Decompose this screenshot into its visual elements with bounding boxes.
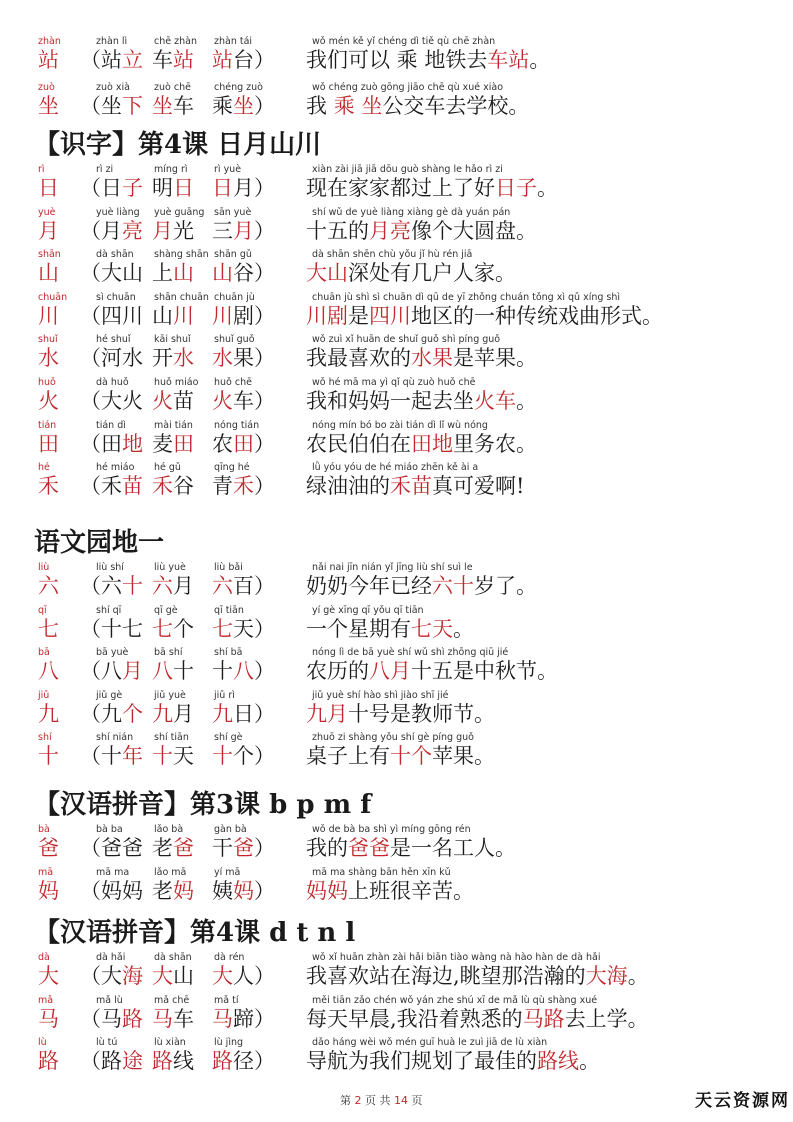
vocab-row: rì日rì zi（日子míng rì明日rì yuè日月）xiàn zài ji… [0, 164, 793, 208]
vocab-row: hé禾hé miáo（禾苗hé gǔ禾谷qīng hé青禾）lǜ yóu yóu… [0, 462, 793, 506]
hanzi: 个 [233, 744, 254, 768]
word-hanzi: 九月 [152, 701, 194, 727]
hanzi: 麦 [152, 432, 173, 456]
bracket: （ [80, 219, 101, 243]
hanzi: 老 [152, 879, 173, 903]
footer-suffix: 页 [412, 1094, 423, 1107]
main-character-pinyin: shí [38, 732, 52, 743]
word-pinyin: shí tiān [154, 732, 189, 743]
word-pinyin: chuān jù [214, 292, 255, 303]
sentence-hanzi: 一个星期有七天。 [306, 616, 474, 642]
word-pinyin: chē zhàn [154, 36, 197, 47]
hanzi: 果 [233, 346, 254, 370]
hanzi: 四 [101, 304, 122, 328]
hanzi: 六 [101, 574, 122, 598]
word-pinyin: dà huǒ [96, 377, 129, 388]
bracket: （ [80, 389, 101, 413]
word-pinyin: liù shí [96, 562, 124, 573]
main-character-pinyin: mǎ [38, 995, 53, 1006]
vocab-row: tián田tián dì（田地mài tián麦田nóng tián农田）nón… [0, 420, 793, 464]
hanzi: 马 [212, 1007, 233, 1031]
highlighted-word: 日子 [495, 176, 537, 200]
highlighted-word: 九月 [306, 702, 348, 726]
bracket: （ [80, 964, 101, 988]
section-heading: 【汉语拼音】第3课 b p m f [34, 784, 371, 821]
sentence-hanzi: 绿油油的禾苗真可爱啊! [306, 473, 524, 499]
main-character-pinyin: shān [38, 249, 61, 260]
hanzi: 大 [152, 964, 173, 988]
hanzi: 天 [233, 617, 254, 641]
main-character-pinyin: yuè [38, 207, 56, 218]
main-character-hanzi: 八 [38, 658, 59, 684]
sentence-pinyin: jiǔ yuè shí hào shì jiào shī jié [312, 690, 448, 701]
hanzi: 火 [212, 389, 233, 413]
sentence-text: 。 [579, 1049, 600, 1073]
hanzi: 水 [122, 346, 143, 370]
footer-prefix: 第 [340, 1094, 351, 1107]
word-hanzi: 山谷） [212, 260, 275, 286]
main-character-pinyin: zhàn [38, 36, 61, 47]
word-pinyin: hé gǔ [154, 462, 181, 473]
hanzi: 月 [233, 219, 254, 243]
hanzi: 七 [212, 617, 233, 641]
word-hanzi: 明日 [152, 175, 194, 201]
word-pinyin: shí bā [214, 647, 242, 658]
hanzi: 大 [101, 964, 122, 988]
hanzi: 大 [212, 964, 233, 988]
word-hanzi: 大人） [212, 963, 275, 989]
word-hanzi: 开水 [152, 345, 194, 371]
bracket: （ [80, 879, 101, 903]
main-character-pinyin: dà [38, 952, 50, 963]
hanzi: 路 [212, 1049, 233, 1073]
vocab-row: liù六liù shí（六十liù yuè六月liù bǎi六百）nǎi nai… [0, 562, 793, 606]
hanzi: 车 [152, 48, 173, 72]
hanzi: 田 [173, 432, 194, 456]
word-pinyin: gàn bà [214, 824, 247, 835]
main-character-hanzi: 站 [38, 47, 59, 73]
hanzi: 十 [173, 659, 194, 683]
word-hanzi: 川剧） [212, 303, 275, 329]
word-hanzi: 十天 [152, 743, 194, 769]
worksheet-page: zhàn站zhàn lì（站立chē zhàn车站zhàn tái站台）wǒ m… [0, 0, 793, 1122]
hanzi: 十 [212, 659, 233, 683]
sentence-text: 每天早晨,我沿着熟悉的 [306, 1007, 523, 1031]
vocab-row: jiǔ九jiǔ gè（九个jiǔ yuè九月jiǔ rì九日）jiǔ yuè s… [0, 690, 793, 734]
word-pinyin: shí gè [214, 732, 243, 743]
word-pinyin: shuǐ guǒ [214, 334, 255, 345]
main-character-hanzi: 川 [38, 303, 59, 329]
bracket: ） [254, 389, 275, 413]
bracket: ） [254, 219, 275, 243]
sentence-text: 。 [537, 176, 558, 200]
sentence-hanzi: 十五的月亮像个大圆盘。 [306, 218, 537, 244]
bracket: ） [254, 176, 275, 200]
bracket: ） [254, 617, 275, 641]
word-hanzi: 十八） [212, 658, 275, 684]
main-character-pinyin: lù [38, 1037, 47, 1048]
hanzi: 七 [152, 617, 173, 641]
highlighted-word: 十个 [390, 744, 432, 768]
word-hanzi: 干爸） [212, 835, 275, 861]
hanzi: 地 [122, 432, 143, 456]
main-character-hanzi: 山 [38, 260, 59, 286]
word-hanzi: 六百） [212, 573, 275, 599]
word-pinyin: shàng shān [154, 249, 209, 260]
word-hanzi: 水果） [212, 345, 275, 371]
word-hanzi: 马车 [152, 1006, 194, 1032]
word-hanzi: （八月 [80, 658, 143, 684]
word-hanzi: 姨妈） [212, 878, 275, 904]
main-character-pinyin: bā [38, 647, 50, 658]
sentence-hanzi: 大山深处有几户人家。 [306, 260, 516, 286]
sentence-hanzi: 我们可以 乘 地铁去车站。 [306, 47, 550, 73]
hanzi: 禾 [233, 474, 254, 498]
word-hanzi: 马蹄） [212, 1006, 275, 1032]
section-heading: 【汉语拼音】第4课 d t n l [34, 912, 355, 949]
word-pinyin: lù tú [96, 1037, 117, 1048]
hanzi: 乘 [212, 94, 233, 118]
sentence-pinyin: nóng lì de bā yuè shí wǔ shì zhōng qiū j… [312, 647, 508, 658]
word-hanzi: （妈妈 [80, 878, 143, 904]
word-pinyin: míng rì [154, 164, 188, 175]
hanzi: 路 [101, 1049, 122, 1073]
hanzi: 十 [101, 744, 122, 768]
hanzi: 下 [122, 94, 143, 118]
word-pinyin: sì chuān [96, 292, 136, 303]
word-hanzi: 六月 [152, 573, 194, 599]
word-hanzi: 七个 [152, 616, 194, 642]
hanzi: 谷 [233, 261, 254, 285]
bracket: ） [254, 659, 275, 683]
word-pinyin: qīng hé [214, 462, 250, 473]
sentence-text: 我们可以 乘 地铁去 [306, 48, 487, 72]
word-hanzi: （河水 [80, 345, 143, 371]
hanzi: 人 [233, 964, 254, 988]
bracket: （ [80, 304, 101, 328]
vocab-row: mā妈mā ma（妈妈lǎo mā老妈yí mā姨妈）mā ma shàng b… [0, 867, 793, 911]
vocab-row: zhàn站zhàn lì（站立chē zhàn车站zhàn tái站台）wǒ m… [0, 36, 793, 80]
highlighted-word: 大山 [306, 261, 348, 285]
sentence-text: 公交车去学校。 [382, 94, 529, 118]
hanzi: 个 [173, 617, 194, 641]
main-character-pinyin: mā [38, 867, 53, 878]
hanzi: 苗 [122, 474, 143, 498]
hanzi: 水 [173, 346, 194, 370]
word-pinyin: sān yuè [214, 207, 251, 218]
highlighted-word: 大海 [586, 964, 628, 988]
vocab-row: huǒ火dà huǒ（大火huǒ miáo火苗huǒ chē火车）wǒ hé m… [0, 377, 793, 421]
hanzi: 剧 [233, 304, 254, 328]
highlighted-word: 火车 [474, 389, 516, 413]
word-hanzi: 火车） [212, 388, 275, 414]
main-character-pinyin: hé [38, 462, 50, 473]
highlighted-word: 禾苗 [390, 474, 432, 498]
word-pinyin: zuò xià [96, 82, 130, 93]
word-pinyin: qī gè [154, 605, 178, 616]
word-hanzi: （大火 [80, 388, 143, 414]
word-hanzi: 路径） [212, 1048, 275, 1074]
hanzi: 明 [152, 176, 173, 200]
word-hanzi: 上山 [152, 260, 194, 286]
highlighted-word: 四川 [369, 304, 411, 328]
hanzi: 月 [122, 659, 143, 683]
hanzi: 十 [152, 744, 173, 768]
hanzi: 坐 [233, 94, 254, 118]
sentence-hanzi: 农历的八月十五是中秋节。 [306, 658, 558, 684]
word-pinyin: mài tián [154, 420, 193, 431]
hanzi: 田 [101, 432, 122, 456]
bracket: （ [80, 346, 101, 370]
hanzi: 马 [152, 1007, 173, 1031]
main-character-pinyin: zuò [38, 82, 55, 93]
word-hanzi: 火苗 [152, 388, 194, 414]
bracket: ） [254, 474, 275, 498]
bracket: （ [80, 432, 101, 456]
main-character-hanzi: 六 [38, 573, 59, 599]
word-pinyin: dà shān [96, 249, 134, 260]
sentence-pinyin: wǒ de bà ba shì yì míng gōng rén [312, 824, 471, 835]
bracket: （ [80, 474, 101, 498]
hanzi: 川 [122, 304, 143, 328]
vocab-row: yuè月yuè liàng（月亮yuè guāng月光sān yuè三月）shí… [0, 207, 793, 251]
sentence-pinyin: měi tiān zǎo chén wǒ yán zhe shú xī de m… [312, 995, 597, 1006]
hanzi: 八 [101, 659, 122, 683]
word-hanzi: 老妈 [152, 878, 194, 904]
main-character-hanzi: 马 [38, 1006, 59, 1032]
sentence-text: 。 [453, 617, 474, 641]
word-pinyin: yuè guāng [154, 207, 204, 218]
word-hanzi: 车站 [152, 47, 194, 73]
word-pinyin: mā ma [96, 867, 129, 878]
sentence-text: 十五的 [306, 219, 369, 243]
hanzi: 车 [173, 1007, 194, 1031]
bracket: ） [254, 432, 275, 456]
bracket: （ [80, 659, 101, 683]
word-hanzi: 山川 [152, 303, 194, 329]
word-hanzi: 十个） [212, 743, 275, 769]
word-hanzi: 三月） [212, 218, 275, 244]
hanzi: 日 [233, 702, 254, 726]
vocab-row: dà大dà hǎi（大海dà shān大山dà rén大人）wǒ xǐ huān… [0, 952, 793, 996]
sentence-pinyin: wǒ hé mā ma yì qǐ qù zuò huǒ chē [312, 377, 476, 388]
hanzi: 九 [101, 702, 122, 726]
bracket: （ [80, 836, 101, 860]
hanzi: 月 [233, 176, 254, 200]
sentence-hanzi: 九月十号是教师节。 [306, 701, 495, 727]
word-hanzi: （十七 [80, 616, 143, 642]
word-hanzi: （日子 [80, 175, 143, 201]
main-character-hanzi: 九 [38, 701, 59, 727]
bracket: ） [254, 94, 275, 118]
hanzi: 年 [122, 744, 143, 768]
hanzi: 六 [212, 574, 233, 598]
word-pinyin: yuè liàng [96, 207, 140, 218]
hanzi: 上 [152, 261, 173, 285]
sentence-hanzi: 我 乘 坐公交车去学校。 [306, 93, 529, 119]
hanzi: 青 [212, 474, 233, 498]
main-character-hanzi: 火 [38, 388, 59, 414]
sentence-pinyin: lǜ yóu yóu de hé miáo zhēn kě ài a [312, 462, 478, 473]
word-pinyin: zhàn lì [96, 36, 127, 47]
sentence-text: 是 [348, 304, 369, 328]
word-pinyin: liù yuè [154, 562, 186, 573]
hanzi: 老 [152, 836, 173, 860]
sentence-hanzi: 桌子上有十个苹果。 [306, 743, 495, 769]
watermark-brand: 天云资源网 [695, 1086, 790, 1111]
sentence-text: 现在家家都过上了好 [306, 176, 495, 200]
vocab-row: shān山dà shān（大山shàng shān上山shān gǔ山谷）dà … [0, 249, 793, 293]
bracket: ） [254, 574, 275, 598]
hanzi: 亮 [122, 219, 143, 243]
hanzi: 日 [212, 176, 233, 200]
hanzi: 妈 [122, 879, 143, 903]
highlighted-word: 车站 [487, 48, 529, 72]
sentence-text: 我喜欢站在海边,眺望那浩瀚的 [306, 964, 586, 988]
hanzi: 子 [122, 176, 143, 200]
word-pinyin: lǎo bà [154, 824, 183, 835]
sentence-hanzi: 每天早晨,我沿着熟悉的马路去上学。 [306, 1006, 649, 1032]
word-hanzi: 八十 [152, 658, 194, 684]
hanzi: 月 [101, 219, 122, 243]
word-hanzi: 乘坐） [212, 93, 275, 119]
hanzi: 七 [122, 617, 143, 641]
bracket: （ [80, 744, 101, 768]
main-character-hanzi: 路 [38, 1048, 59, 1074]
hanzi: 山 [212, 261, 233, 285]
sentence-text: 绿油油的 [306, 474, 390, 498]
main-character-pinyin: tián [38, 420, 56, 431]
word-pinyin: rì yuè [214, 164, 241, 175]
word-pinyin: zhàn tái [214, 36, 252, 47]
hanzi: 站 [212, 48, 233, 72]
hanzi: 车 [233, 389, 254, 413]
bracket: ） [254, 261, 275, 285]
hanzi: 三 [212, 219, 233, 243]
word-hanzi: （爸爸 [80, 835, 143, 861]
sentence-hanzi: 妈妈上班很辛苦。 [306, 878, 474, 904]
sentence-text: 上班很辛苦。 [348, 879, 474, 903]
sentence-text: 十号是教师节。 [348, 702, 495, 726]
hanzi: 车 [173, 94, 194, 118]
highlighted-word: 七天 [411, 617, 453, 641]
word-hanzi: 日月） [212, 175, 275, 201]
footer-middle: 页 共 [365, 1094, 391, 1107]
hanzi: 苗 [173, 389, 194, 413]
hanzi: 田 [233, 432, 254, 456]
word-pinyin: yí mā [214, 867, 240, 878]
hanzi: 川 [173, 304, 194, 328]
hanzi: 站 [173, 48, 194, 72]
hanzi: 十 [101, 617, 122, 641]
word-pinyin: jiǔ rì [214, 690, 235, 701]
word-pinyin: liù bǎi [214, 562, 243, 573]
hanzi: 十 [212, 744, 233, 768]
bracket: （ [80, 1007, 101, 1031]
sentence-pinyin: wǒ mén kě yǐ chéng dì tiě qù chē zhàn [312, 36, 495, 47]
word-hanzi: （六十 [80, 573, 143, 599]
word-hanzi: （大海 [80, 963, 143, 989]
highlighted-word: 川剧 [306, 304, 348, 328]
word-hanzi: （四川 [80, 303, 143, 329]
sentence-pinyin: wǒ xǐ huān zhàn zài hǎi biān tiào wàng n… [312, 952, 601, 963]
hanzi: 百 [233, 574, 254, 598]
bracket: （ [80, 617, 101, 641]
hanzi: 爸 [233, 836, 254, 860]
main-character-hanzi: 日 [38, 175, 59, 201]
main-character-hanzi: 水 [38, 345, 59, 371]
hanzi: 妈 [101, 879, 122, 903]
word-hanzi: 坐车 [152, 93, 194, 119]
highlighted-word: 六十 [432, 574, 474, 598]
hanzi: 妈 [233, 879, 254, 903]
hanzi: 干 [212, 836, 233, 860]
sentence-text: 是一名工人。 [390, 836, 516, 860]
hanzi: 六 [152, 574, 173, 598]
hanzi: 台 [233, 48, 254, 72]
main-character-hanzi: 七 [38, 616, 59, 642]
hanzi: 河 [101, 346, 122, 370]
word-pinyin: huǒ chē [214, 377, 252, 388]
hanzi: 大 [101, 261, 122, 285]
bracket: （ [80, 48, 101, 72]
highlighted-word: 水果 [411, 346, 453, 370]
bracket: （ [80, 176, 101, 200]
word-pinyin: lù xiàn [154, 1037, 186, 1048]
word-pinyin: dà hǎi [96, 952, 125, 963]
hanzi: 水 [212, 346, 233, 370]
highlighted-word: 月亮 [369, 219, 411, 243]
main-character-pinyin: jiǔ [38, 690, 49, 701]
bracket: ） [254, 304, 275, 328]
hanzi: 坐 [101, 94, 122, 118]
word-pinyin: jiǔ gè [96, 690, 122, 701]
hanzi: 九 [152, 702, 173, 726]
vocab-row: chuān川sì chuān（四川shān chuān山川chuān jù川剧）… [0, 292, 793, 336]
vocab-row: bà爸bà ba（爸爸lǎo bà老爸gàn bà干爸）wǒ de bà ba … [0, 824, 793, 868]
bracket: ） [254, 836, 275, 860]
bracket: （ [80, 574, 101, 598]
sentence-pinyin: yí gè xīng qī yǒu qī tiān [312, 605, 424, 616]
sentence-text: 一个星期有 [306, 617, 411, 641]
hanzi: 谷 [173, 474, 194, 498]
hanzi: 山 [152, 304, 173, 328]
main-character-pinyin: qī [38, 605, 47, 616]
sentence-hanzi: 奶奶今年已经六十岁了。 [306, 573, 537, 599]
sentence-text: 奶奶今年已经 [306, 574, 432, 598]
sentence-text: 苹果。 [432, 744, 495, 768]
sentence-text: 农民伯伯在 [306, 432, 411, 456]
hanzi: 禾 [152, 474, 173, 498]
highlighted-word: 妈妈 [306, 879, 348, 903]
word-pinyin: rì zi [96, 164, 113, 175]
word-hanzi: （十年 [80, 743, 143, 769]
sentence-text: 像个大圆盘。 [411, 219, 537, 243]
sentence-text: 。 [628, 964, 649, 988]
word-hanzi: 禾谷 [152, 473, 194, 499]
word-pinyin: hé miáo [96, 462, 134, 473]
main-character-hanzi: 大 [38, 963, 59, 989]
sentence-text: 农历的 [306, 659, 369, 683]
sentence-pinyin: dà shān shēn chù yǒu jǐ hù rén jiā [312, 249, 472, 260]
hanzi: 大 [101, 389, 122, 413]
word-hanzi: （马路 [80, 1006, 143, 1032]
hanzi: 山 [122, 261, 143, 285]
highlighted-word: 乘 坐 [334, 94, 383, 118]
word-pinyin: shí nián [96, 732, 133, 743]
sentence-pinyin: wǒ zuì xǐ huān de shuǐ guǒ shì píng guǒ [312, 334, 500, 345]
sentence-pinyin: dǎo háng wèi wǒ mén guī huà le zuì jiā d… [312, 1037, 547, 1048]
